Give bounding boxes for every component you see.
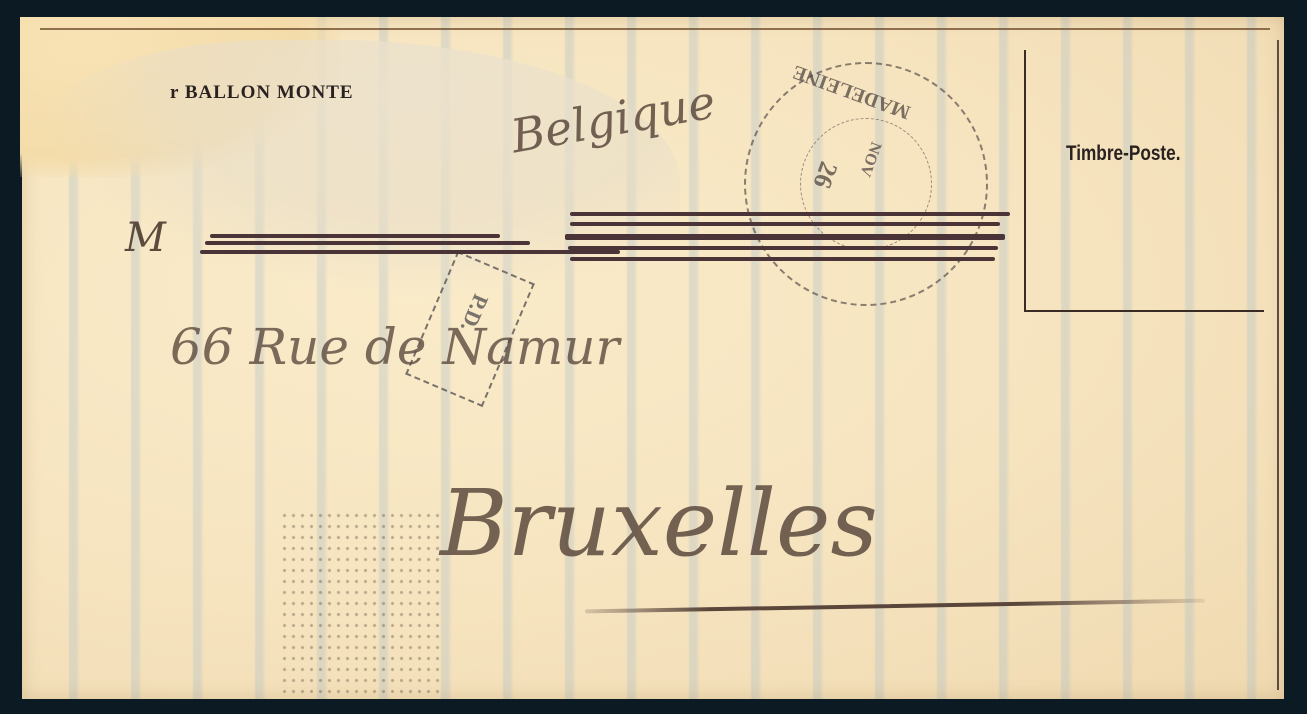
strike-line: [570, 257, 995, 261]
strike-line: [200, 250, 620, 254]
right-printed-rule: [1277, 40, 1279, 690]
handwritten-addressee-prefix: M: [125, 215, 166, 261]
strike-line: [210, 234, 500, 238]
strike-line: [205, 241, 530, 245]
handwritten-city: Bruxelles: [440, 470, 878, 577]
top-printed-rule: [40, 28, 1270, 30]
handwritten-street: 66 Rue de Namur: [170, 318, 619, 376]
stamp-box-label: Timbre-Poste.: [1066, 142, 1181, 166]
printed-header-ballon-monte: r BALLON MONTE: [170, 82, 354, 104]
strike-line: [565, 234, 1005, 240]
strike-line: [568, 246, 998, 250]
strike-line: [570, 212, 1010, 216]
strike-line: [570, 222, 1000, 226]
stamp-box-frame: [1024, 50, 1264, 312]
faint-cancellation-mark: [280, 510, 440, 700]
